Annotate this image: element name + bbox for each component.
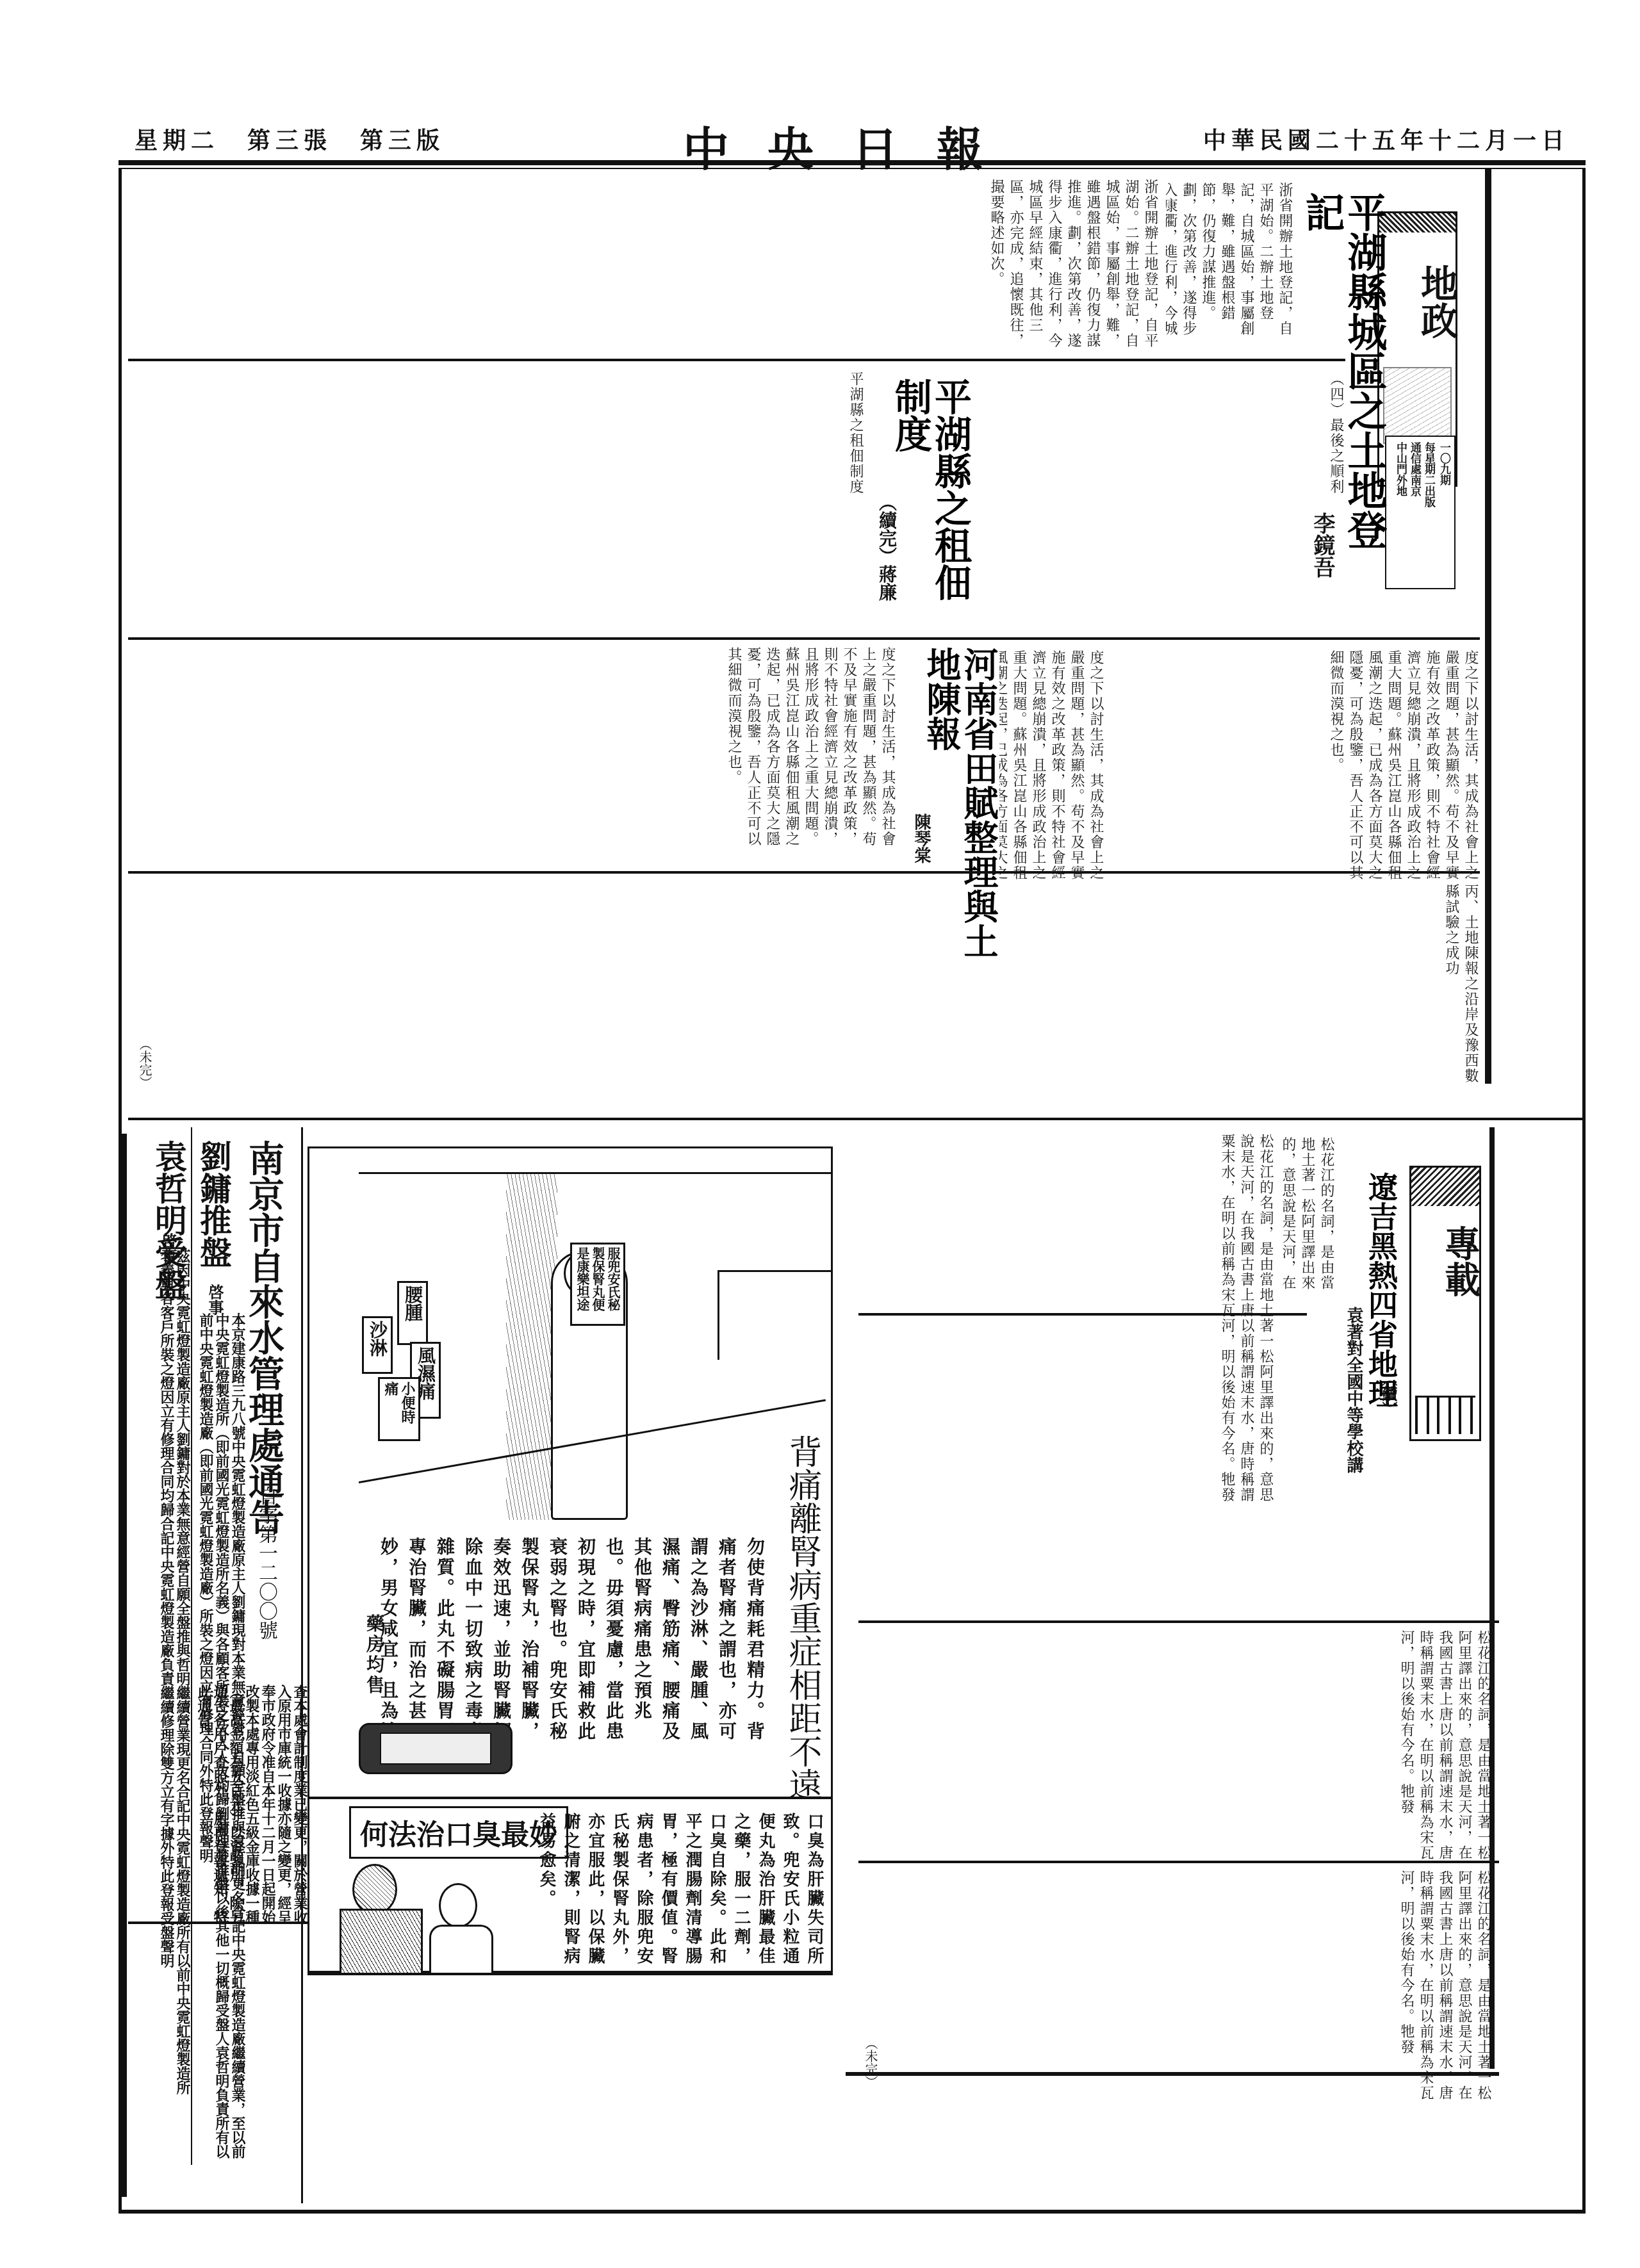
article-geography-body-3: 松花江的名詞，是由當地土著一松阿里譯出來的，意思說是天河，在我國古書上唐以前稱謂… (858, 1870, 1493, 2101)
sign-kidney-pill-path: 服兜安氏秘製保腎丸便是康樂坦途 (570, 1243, 625, 1326)
article-henan-body-right: 度之下以討生活，其成為社會上之嚴重問題，甚為顯然。苟不及早實施有效之改革政策，則… (1115, 650, 1480, 893)
to-be-continued-label: （未完） (136, 1038, 154, 1089)
headline-pinghu-tenancy: 平湖縣之租佃制度 (890, 378, 970, 634)
article-pinghu-land-intro: 浙省開辦土地登記，自平湖始。二辦土地登記，自城區始，事屬創舉，難，雖遇盤根錯節，… (1166, 183, 1294, 349)
woman-body (429, 1925, 493, 1973)
surveyor-illustration (1383, 367, 1452, 444)
water-notice-body: 查本處會計制度業已變更，關於營業收入原用市庫統一收據亦隨之變更，經呈奉市政府令准… (243, 1685, 307, 1928)
section-rule (846, 2072, 1499, 2076)
yuan-notice-body: 茲因中央霓虹燈製造廠原主人劉鏞對於本業無意經營自願全盤推與哲明繼續營業現更名合記… (131, 1249, 190, 2101)
liu-notice-tag: 啓事 (204, 1284, 226, 1315)
sign-urination-pain: 小便時痛 (378, 1377, 420, 1441)
special-column-banner: 專載 (1409, 1166, 1481, 1441)
banner-footer-line-2: 通信處南京 (1408, 442, 1421, 583)
kidney-pill-product-box (359, 1723, 512, 1774)
section-rule (858, 1313, 1307, 1316)
column-divider-right (1489, 1127, 1495, 2069)
headline-northeast-geography: 遼吉黑熱四省地理 (1365, 1172, 1398, 1467)
ad-section-divider (301, 1127, 303, 2203)
banner-footer-line-3: 中山門外地 (1394, 442, 1407, 583)
article-geography-body-2: 松花江的名詞，是由當地土著一松阿里譯出來的，意思說是天河，在我國古書上唐以前稱謂… (858, 1630, 1493, 1861)
section-rule (858, 1861, 1499, 1863)
article-pinghu-land-body-1: 浙省開辦土地登記，自平湖始。二辦土地登記，自城區始，事屬創舉，難，雖遇盤根錯節，… (128, 179, 1160, 352)
article-geography-body-1: 松花江的名詞，是由當地土著一松阿里譯出來的，意思說是天河，在我國古書上唐以前稱謂… (858, 1134, 1275, 1512)
ad-divider (307, 1797, 833, 1799)
page-border-bottom (119, 2210, 1586, 2214)
geography-continued-label: （續） (1377, 1371, 1400, 1417)
notice-bottom-rule (128, 1921, 307, 1924)
column-divider-right (1485, 168, 1491, 1084)
author-jiang-lian: 蔣廉 (876, 565, 898, 601)
kidney-ad-seller: 藥房均售 (359, 1614, 389, 1696)
liu-notice-title: 劉鏞推盤 (195, 1140, 231, 1268)
tree-trunk-drawing (506, 1174, 557, 1520)
article-geography-lead: 松花江的名詞，是由當地土著一松阿里譯出來的，意思說是天河，在我國古書上唐以前稱謂… (1281, 1137, 1336, 1303)
geography-to-be-continued: （未完） (862, 2037, 880, 2088)
section-rule (128, 1118, 1582, 1120)
special-column-label: 專載 (1424, 1225, 1479, 1297)
article-henan-lead: 度之下以討生活，其成為社會上之嚴重問題，甚為顯然。苟不及早實施有效之改革政策，則… (999, 650, 1105, 893)
ad-bottom-rule (307, 1973, 833, 1975)
page-border-right (1582, 168, 1586, 2211)
issue-number: 一〇九期 (1438, 442, 1450, 583)
section-rule (858, 1620, 1499, 1623)
masthead-rule (119, 160, 1586, 165)
byline-geography: 袁著對全國中等學校講 (1342, 1307, 1366, 1473)
sign-sand-stone: 沙淋 (362, 1316, 393, 1374)
product-label (380, 1733, 491, 1765)
byline-henan: 陳琴棠 (910, 813, 933, 863)
subtitle-pinghu-tenancy: （續完）蔣廉 (874, 493, 899, 601)
banner-footer-line-1: 每星期二出版 (1422, 442, 1435, 583)
sign-swelling: 腰腫 (397, 1281, 428, 1345)
meander-pattern (1415, 1396, 1475, 1434)
article-pinghu-tenancy-body: 平湖縣之租佃制度 (128, 371, 865, 628)
article-henan-body-left: 度之下以討生活，其成為社會上之嚴重問題，甚為顯然。苟不及早實施有效之改革政策，則… (128, 647, 897, 858)
article-henan-continued: 丙、土地陳報之沿岸及豫西數縣試驗之成功 (128, 884, 1480, 1095)
kidney-ad-headline: 背痛離腎病重症相距不遠 (782, 1435, 823, 1801)
section-rule (128, 359, 1345, 361)
article-pinghu-land-conclusion: （四）最後之順利 (1051, 371, 1345, 628)
continued-label: （續完） (876, 493, 898, 565)
banner-texture (1379, 213, 1455, 233)
issue-info-box: 一〇九期 每星期二出版 通信處南京 中山門外地 (1385, 436, 1455, 589)
section-rule (128, 637, 1480, 640)
couple-illustration (340, 1857, 512, 1973)
kidney-ad-body: 勿使背痛耗君精力。背痛者腎痛之謂也，亦可謂之為沙淋、嚴腫、風濕痛、臀筋痛、腰痛及… (372, 1537, 769, 1742)
banner-cloud-texture (1411, 1168, 1479, 1206)
masthead-rule-thin (119, 168, 1586, 169)
liu-notice-body: 本京建康路三九八號中央霓虹燈製造廠原主人劉鏞現對本業無意經營，自願全盤推與袁哲明… (195, 1313, 245, 2165)
left-border-thick (122, 1134, 127, 2197)
column-name: 地政 (1398, 265, 1455, 339)
water-notice-number: 自字第一二〇〇號 (255, 1486, 277, 1640)
bad-breath-ad-body: 口臭為肝臟失司所致。兜安氏小粒通便丸為治肝臟最佳之藥，服一二劑，口臭自除矣。此和… (532, 1813, 826, 1973)
publication-date: 中華民國二十五年十二月一日 (1203, 123, 1570, 156)
woman-figure (439, 1883, 477, 1928)
man-body (340, 1909, 423, 1973)
notice-divider (191, 1127, 192, 2165)
man-figure (352, 1864, 397, 1915)
section-rule (128, 871, 1480, 874)
water-notice-title: 南京市自來水管理處通告 (243, 1140, 283, 1535)
gate-building-drawing (717, 1270, 833, 1360)
